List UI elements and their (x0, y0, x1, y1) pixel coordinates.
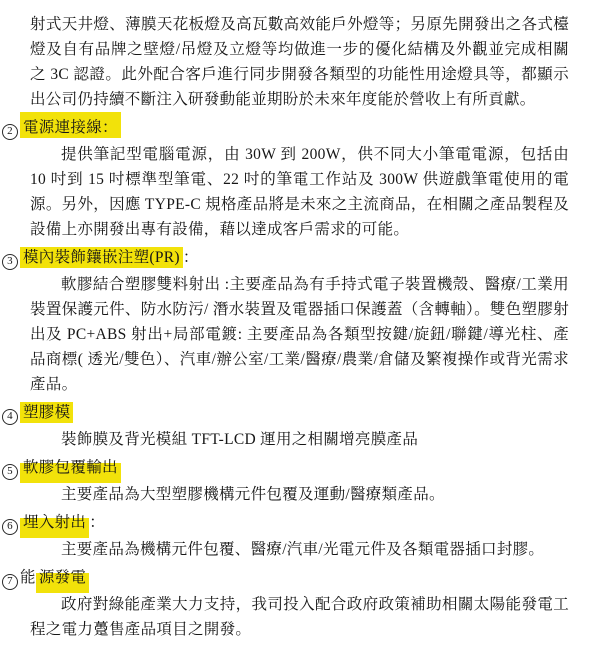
circled-number-icon: 5 (2, 464, 18, 480)
heading-highlight: 塑膠模 (20, 402, 73, 423)
circled-number-icon: 6 (2, 519, 18, 535)
circled-number-icon: 7 (2, 574, 18, 590)
section-heading: 7能源發電 (2, 565, 597, 590)
section-power-cables: 2電源連接線： 提供筆記型電腦電源，由 30W 到 200W，供不同大小筆電電源… (0, 115, 597, 242)
circled-number-icon: 3 (2, 254, 18, 270)
section-body: 主要產品為大型塑膠機構元件包覆及運動/醫療類產品。 (30, 482, 569, 507)
heading-highlight: 源發電 (36, 567, 89, 593)
section-heading: 3模內裝飾鑲嵌注塑(PR)： (2, 245, 597, 270)
section-insert-molding: 6埋入射出： 主要產品為機構元件包覆、醫療/汽車/光電元件及各類電器插口封膠。 (0, 510, 597, 562)
section-body: 軟膠結合塑膠雙料射出 :主要產品為有手持式電子裝置機殼、醫療/工業用裝置保護元件… (30, 272, 569, 397)
section-imd-pr: 3模內裝飾鑲嵌注塑(PR)： 軟膠結合塑膠雙料射出 :主要產品為有手持式電子裝置… (0, 245, 597, 397)
section-energy-generation: 7能源發電 政府對綠能產業大力支持，我司投入配合政府政策補助相關太陽能發電工程之… (0, 565, 597, 642)
circled-number-icon: 2 (2, 124, 18, 140)
section-heading: 2電源連接線： (2, 115, 597, 140)
section-body: 提供筆記型電腦電源，由 30W 到 200W，供不同大小筆電電源，包括由 10 … (30, 142, 569, 242)
section-body: 裝飾膜及背光模組 TFT-LCD 運用之相關增亮膜產品 (30, 427, 569, 452)
heading-highlight: 軟膠包覆輸出 (20, 457, 121, 483)
section-body: 主要產品為機構元件包覆、醫療/汽車/光電元件及各類電器插口封膠。 (30, 537, 569, 562)
heading-highlight: 埋入射出 (20, 512, 89, 538)
intro-paragraph: 射式天井燈、薄膜天花板燈及高瓦數高效能戶外燈等；另原先開發出之各式檯燈及自有品牌… (30, 12, 569, 112)
heading-highlight: 模內裝飾鑲嵌注塑(PR) (20, 247, 183, 268)
heading-highlight: 電源連接線： (20, 112, 121, 138)
section-heading: 6埋入射出： (2, 510, 597, 535)
section-soft-overmold: 5軟膠包覆輸出 主要產品為大型塑膠機構元件包覆及運動/醫療類產品。 (0, 455, 597, 507)
section-heading: 4塑膠模 (2, 400, 597, 425)
section-plastic-mold: 4塑膠模 裝飾膜及背光模組 TFT-LCD 運用之相關增亮膜產品 (0, 400, 597, 452)
heading-suffix: ： (89, 512, 105, 533)
section-heading: 5軟膠包覆輸出 (2, 455, 597, 480)
document-page: 射式天井燈、薄膜天花板燈及高瓦數高效能戶外燈等；另原先開發出之各式檯燈及自有品牌… (0, 0, 597, 650)
section-body: 政府對綠能產業大力支持，我司投入配合政府政策補助相關太陽能發電工程之電力躉售產品… (30, 592, 569, 642)
heading-suffix: ： (183, 247, 199, 268)
heading-prefix: 能 (20, 567, 36, 588)
circled-number-icon: 4 (2, 409, 18, 425)
